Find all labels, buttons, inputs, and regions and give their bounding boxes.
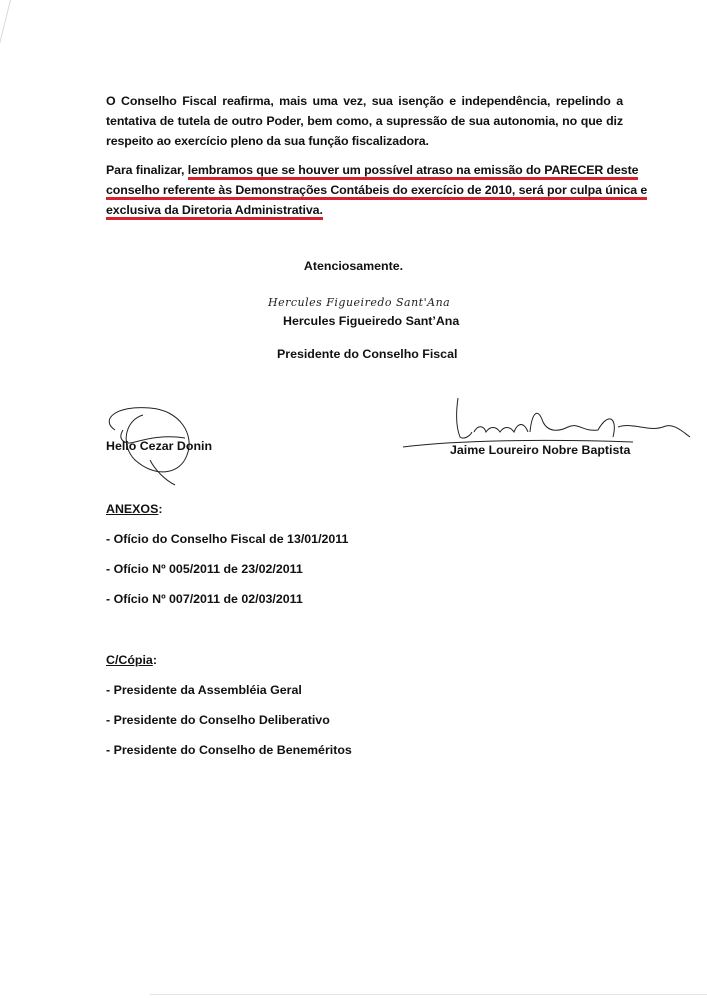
paragraph-line: exclusiva da Diretoria Administrativa. <box>106 200 623 220</box>
copies-heading-text: C/Cópia <box>106 653 153 667</box>
signatory-right-name: Jaime Loureiro Nobre Baptista <box>450 443 630 457</box>
heading-colon: : <box>153 653 157 667</box>
copy-item: - Presidente do Conselho de Beneméritos <box>106 743 352 757</box>
paragraph-autonomy: O Conselho Fiscal reafirma, mais uma vez… <box>106 91 623 151</box>
paragraph-line: O Conselho Fiscal reafirma, mais uma vez… <box>106 91 623 111</box>
paragraph-line: tentativa de tutela de outro Poder, bem … <box>106 111 623 131</box>
annexes-heading: ANEXOS: <box>106 502 162 516</box>
paragraph-line: conselho referente às Demonstrações Cont… <box>106 180 623 200</box>
document-page: O Conselho Fiscal reafirma, mais uma vez… <box>0 0 707 998</box>
line-prefix: Para finalizar, <box>106 163 188 177</box>
paragraph-line: respeito ao exercício pleno da sua funçã… <box>106 131 623 151</box>
president-title: Presidente do Conselho Fiscal <box>277 347 457 361</box>
copy-item: - Presidente da Assembléia Geral <box>106 683 302 697</box>
closing-text: Atenciosamente. <box>0 259 707 273</box>
president-name: Hercules Figueiredo Sant’Ana <box>283 314 459 328</box>
annex-item: - Ofício Nº 005/2011 de 23/02/2011 <box>106 562 303 576</box>
handwritten-signature-president: Hercules Figueiredo Sant'Ana <box>268 296 450 309</box>
annex-item: - Ofício Nº 007/2011 de 02/03/2011 <box>106 592 303 606</box>
scan-edge-line <box>0 0 11 95</box>
signatory-left-name: Helio Cezar Donin <box>106 439 212 453</box>
highlighted-text: lembramos que se houver um possível atra… <box>188 163 639 180</box>
scan-bottom-edge <box>150 994 707 995</box>
highlighted-text: exclusiva da Diretoria Administrativa. <box>106 203 323 220</box>
copy-item: - Presidente do Conselho Deliberativo <box>106 713 330 727</box>
annex-item: - Ofício do Conselho Fiscal de 13/01/201… <box>106 532 348 546</box>
highlighted-text: conselho referente às Demonstrações Cont… <box>106 183 647 200</box>
paragraph-conclusion: Para finalizar, lembramos que se houver … <box>106 160 623 220</box>
annexes-heading-text: ANEXOS <box>106 502 158 516</box>
copies-heading: C/Cópia: <box>106 653 157 667</box>
heading-colon: : <box>158 502 162 516</box>
paragraph-line: Para finalizar, lembramos que se houver … <box>106 160 623 180</box>
